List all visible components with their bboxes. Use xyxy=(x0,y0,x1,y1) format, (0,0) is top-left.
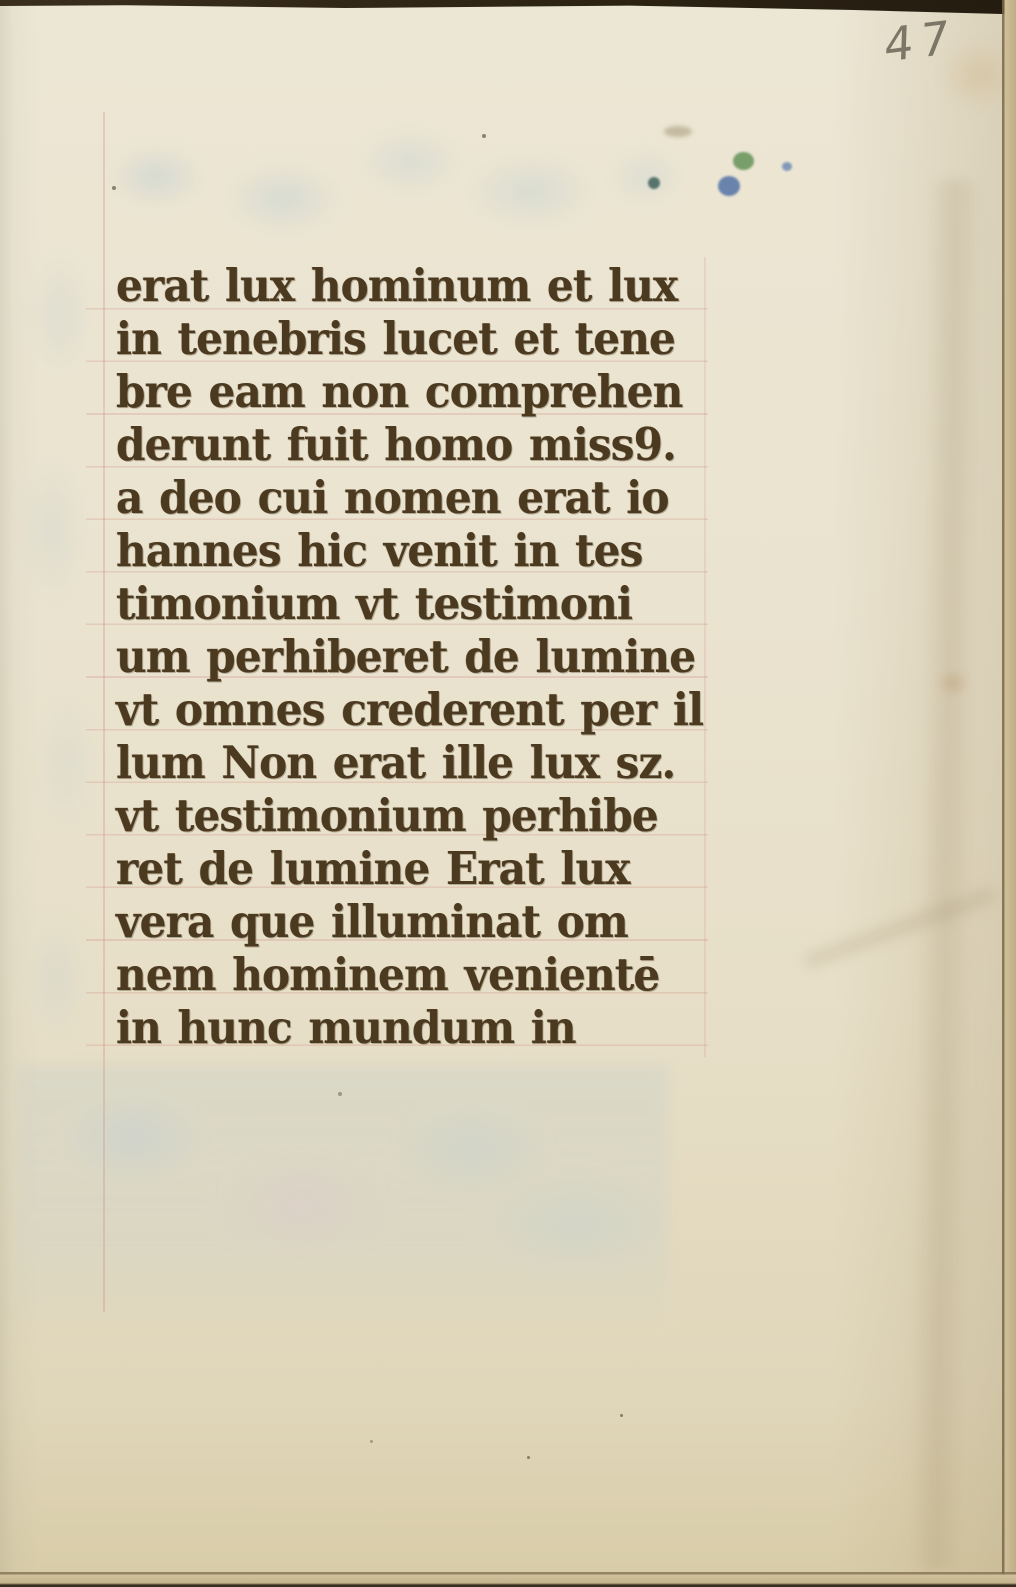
ink-smudge xyxy=(664,126,692,137)
pigment-speck-green xyxy=(733,152,754,170)
manuscript-text-line: vera que illuminat om xyxy=(116,895,680,948)
manuscript-text-line: vt testimonium perhibe xyxy=(116,789,680,842)
fly-speck xyxy=(112,186,116,190)
fly-speck xyxy=(482,134,486,138)
fly-speck xyxy=(370,1440,373,1443)
manuscript-text-line: derunt fuit homo miss9. xyxy=(116,418,680,471)
showthrough-top-band xyxy=(84,110,688,258)
fly-speck xyxy=(527,1456,530,1459)
manuscript-text-line: in hunc mundum in xyxy=(116,1001,680,1054)
text-block: erat lux hominum et lux in tenebris luce… xyxy=(116,259,716,1054)
scan-edge-bottom xyxy=(0,1572,1016,1587)
showthrough-bottom-block xyxy=(16,1066,668,1322)
fly-speck xyxy=(338,1092,342,1096)
manuscript-scan: erat lux hominum et lux in tenebris luce… xyxy=(0,0,1016,1587)
fly-speck xyxy=(620,1414,623,1417)
manuscript-text-line: erat lux hominum et lux xyxy=(116,259,680,312)
pigment-speck-blue xyxy=(718,176,740,196)
manuscript-text-line: in tenebris lucet et tene xyxy=(116,312,680,365)
scan-edge-top xyxy=(0,0,1016,20)
pigment-speck-blue-small xyxy=(782,162,792,171)
manuscript-text-line: um perhiberet de lumine xyxy=(116,630,680,683)
page-fore-edge xyxy=(1002,0,1016,1587)
pigment-speck-teal xyxy=(648,177,660,189)
manuscript-text-line: ret de lumine Erat lux xyxy=(116,842,680,895)
manuscript-text-line: timonium vt testimoni xyxy=(116,577,680,630)
manuscript-text-line: lum Non erat ille lux sz. xyxy=(116,736,680,789)
rust-stain xyxy=(936,668,970,698)
manuscript-text-line: nem hominem venientē xyxy=(116,948,680,1001)
manuscript-text-line: bre eam non comprehen xyxy=(116,365,680,418)
ruling-vertical-line-left xyxy=(103,112,105,1312)
manuscript-text-line: hannes hic venit in tes xyxy=(116,524,680,577)
manuscript-text-line: vt omnes crederent per il xyxy=(116,683,680,736)
page-crease-vertical xyxy=(908,180,983,1571)
manuscript-text-line: a deo cui nomen erat io xyxy=(116,471,680,524)
